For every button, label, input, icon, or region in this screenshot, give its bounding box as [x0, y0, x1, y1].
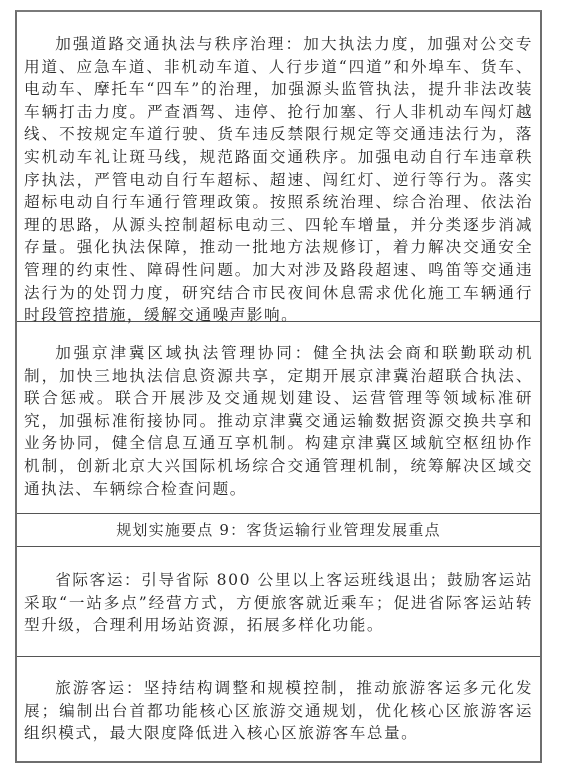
table-row-intercity-passenger: 省际客运：引导省际 800 公里以上客运班线退出；鼓励客运站采取“一站多点”经营… [17, 547, 540, 657]
paragraph-traffic-enforcement: 加强道路交通执法与秩序治理：加大执法力度，加强对公交专用道、应急车道、非机动车道… [24, 33, 533, 327]
paragraph-tourism-passenger: 旅游客运：坚持结构调整和规模控制，推动旅游客运多元化发展；编制出台首都功能核心区… [24, 677, 533, 745]
table-row-section-heading: 规划实施要点 9：客货运输行业管理发展重点 [17, 514, 540, 547]
table-row-tourism-passenger: 旅游客运：坚持结构调整和规模控制，推动旅游客运多元化发展；编制出台首都功能核心区… [17, 657, 540, 763]
policy-table: 加强道路交通执法与秩序治理：加大执法力度，加强对公交专用道、应急车道、非机动车道… [15, 10, 542, 763]
table-row-traffic-enforcement: 加强道路交通执法与秩序治理：加大执法力度，加强对公交专用道、应急车道、非机动车道… [17, 12, 540, 322]
paragraph-regional-coordination: 加强京津冀区域执法管理协同：健全执法会商和联勤联动机制，加快三地执法信息资源共享… [24, 342, 533, 500]
section-heading: 规划实施要点 9：客货运输行业管理发展重点 [17, 520, 540, 540]
paragraph-intercity-passenger: 省际客运：引导省际 800 公里以上客运班线退出；鼓励客运站采取“一站多点”经营… [24, 569, 533, 637]
table-row-regional-coordination: 加强京津冀区域执法管理协同：健全执法会商和联勤联动机制，加快三地执法信息资源共享… [17, 322, 540, 514]
